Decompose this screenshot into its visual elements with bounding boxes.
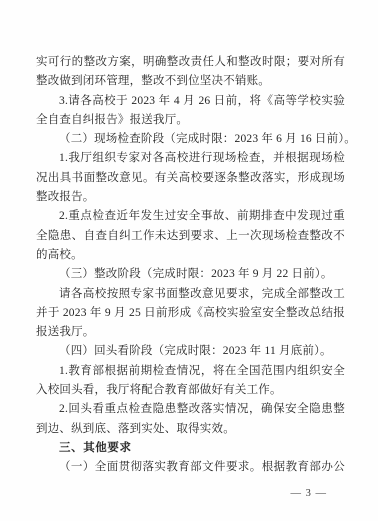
text-line: 入校回头看，我厅将配合教育部做好有关工作。 bbox=[36, 381, 345, 400]
text-line: （三）整改阶段（完成时限：2023 年 9 月 22 日前）。 bbox=[36, 265, 345, 284]
section-heading: 三、其他要求 bbox=[36, 439, 345, 458]
document-body: 实可行的整改方案，明确整改责任人和整改时限；要对所有隐患整改做到闭环管理，整改不… bbox=[36, 53, 345, 478]
text-line: 1.我厅组织专家对各高校进行现场检查，并根据现场检查情 bbox=[36, 149, 345, 168]
text-line: 2.回头看重点检查隐患整改落实情况，确保安全隐患整改横 bbox=[36, 400, 345, 419]
text-line: （二）现场检查阶段（完成时限：2023 年 6 月 16 日前）。 bbox=[36, 130, 345, 149]
text-line: 全自查自纠报告》报送我厅。 bbox=[36, 111, 345, 130]
text-line: （一）全面贯彻落实教育部文件要求。根据教育部办公厅印 bbox=[36, 458, 345, 477]
text-line: 整改做到闭环管理，整改不到位坚决不销账。 bbox=[36, 72, 345, 91]
text-line: 况出具书面整改意见。有关高校要逐条整改落实，形成现场检查 bbox=[36, 169, 345, 188]
text-line: 并于 2023 年 9 月 25 日前形成《高校实验室安全整改总结报告》 bbox=[36, 304, 345, 323]
text-line: 整改报告。 bbox=[36, 188, 345, 207]
text-line: （四）回头看阶段（完成时限：2023 年 11 月底前）。 bbox=[36, 342, 345, 361]
text-line: 的高校。 bbox=[36, 246, 345, 265]
text-line: 报送我厅。 bbox=[36, 323, 345, 342]
text-line: 全隐患、自查自纠工作未达到要求、上一次现场检查整改不到位 bbox=[36, 227, 345, 246]
document-page: 实可行的整改方案，明确整改责任人和整改时限；要对所有隐患整改做到闭环管理，整改不… bbox=[0, 0, 378, 521]
page-number: — 3 — bbox=[291, 488, 328, 499]
text-line: 请各高校按照专家书面整改意见要求，完成全部整改工作， bbox=[36, 285, 345, 304]
text-line: 1.教育部根据前期检查情况，将在全国范围内组织安全检查 bbox=[36, 362, 345, 381]
text-line: 2.重点检查近年发生过安全事故、前期排查中发现过重大安 bbox=[36, 207, 345, 226]
text-line: 实可行的整改方案，明确整改责任人和整改时限；要对所有隐患 bbox=[36, 53, 345, 72]
text-line: 到边、纵到底、落到实处、取得实效。 bbox=[36, 420, 345, 439]
text-line: 3.请各高校于 2023 年 4 月 26 日前，将《高等学校实验室安 bbox=[36, 92, 345, 111]
